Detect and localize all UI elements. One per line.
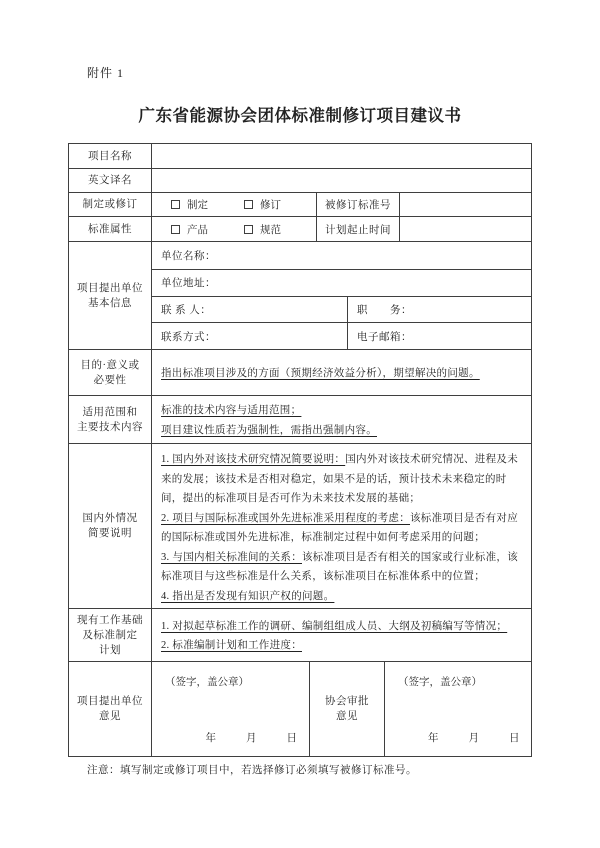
plan-time-field[interactable] [399, 217, 531, 241]
checkbox-icon [244, 225, 253, 234]
situation-item-4: 4. 指出是否发现有知识产权的问题。 [161, 587, 521, 607]
work-basis-line2: 2. 标准编制计划和工作进度： [161, 640, 302, 651]
plan-time-label: 计划起止时间 [316, 217, 399, 241]
contact-way-label: 联系方式： [152, 329, 216, 344]
contact-person-field[interactable]: 联 系 人： [152, 297, 347, 323]
purpose-hint: 指出标准项目涉及的方面（预期经济效益分析），期望解决的问题。 [161, 364, 521, 384]
date-line: 年 月 日 [165, 730, 297, 745]
unit-name-field[interactable]: 单位名称： [152, 242, 531, 269]
checkbox-icon [244, 200, 253, 209]
situation-item-1: 1. 国内外对该技术研究情况简要说明：国内外对该技术研究情况、进程及未来的发展；… [161, 450, 521, 509]
situation-item-1-head: 1. 国内外对该技术研究情况简要说明： [161, 454, 345, 465]
standard-attribute-options: 产品 规范 [151, 217, 316, 241]
year-label: 年 [428, 730, 439, 745]
checkbox-product[interactable]: 产品 [171, 222, 208, 237]
purpose-label: 目的·意义或 必要性 [69, 350, 151, 395]
attachment-label: 附件 1 [87, 64, 600, 81]
situation-item-2-head: 2. 项目与国际标准或国外先进标准采用程度的考虑： [161, 513, 410, 524]
scope-field[interactable]: 标准的技术内容与适用范围； 项目建议性质若为强制性，需指出强制内容。 [151, 396, 531, 443]
email-field[interactable]: 电子邮箱： [347, 323, 531, 349]
checkbox-develop-label: 制定 [187, 197, 208, 212]
scope-hint-line1: 标准的技术内容与适用范围； [161, 405, 301, 416]
scope-hint-line2: 项目建议性质若为强制性，需指出强制内容。 [161, 425, 377, 436]
sign-stamp-hint: （签字，盖公章） [165, 674, 297, 689]
work-basis-field[interactable]: 1. 对拟起草标准工作的调研、编制组组成人员、大纲及初稿编写等情况； 2. 标准… [151, 609, 531, 661]
footer-note: 注意：填写制定或修订项目中，若选择修订必须填写被修订标准号。 [87, 762, 600, 777]
row-develop-revise: 制定或修订 制定 修订 被修订标准号 [69, 192, 531, 216]
row-purpose: 目的·意义或 必要性 指出标准项目涉及的方面（预期经济效益分析），期望解决的问题… [69, 349, 531, 395]
situation-label: 国内外情况 简要说明 [69, 444, 151, 608]
project-name-label: 项目名称 [69, 144, 151, 168]
unit-address-field[interactable]: 单位地址： [152, 269, 531, 296]
checkbox-product-label: 产品 [187, 222, 208, 237]
contact-position-row: 联 系 人： 职 务： [152, 296, 531, 323]
situation-item-3-head: 3. 与国内相关标准间的关系： [161, 552, 302, 563]
unit-info-fields: 单位名称： 单位地址： 联 系 人： 职 务： 联系方式： [151, 242, 531, 349]
checkbox-revise[interactable]: 修订 [244, 197, 281, 212]
develop-revise-label: 制定或修订 [69, 193, 151, 216]
form-table: 项目名称 英文译名 制定或修订 制定 修订 被修订标准号 [68, 143, 532, 757]
scope-label: 适用范围和 主要技术内容 [69, 396, 151, 443]
revised-standard-no-label: 被修订标准号 [316, 193, 399, 216]
unit-info-label: 项目提出单位 基本信息 [69, 242, 151, 349]
contact-way-field[interactable]: 联系方式： [152, 323, 347, 349]
unit-name-label: 单位名称： [152, 248, 216, 263]
unit-opinion-sign-area[interactable]: （签字，盖公章） 年 月 日 [151, 662, 309, 756]
work-basis-line1: 1. 对拟起草标准工作的调研、编制组组成人员、大纲及初稿编写等情况； [161, 621, 507, 632]
row-english-name: 英文译名 [69, 168, 531, 192]
page-title: 广东省能源协会团体标准制修订项目建议书 [0, 102, 600, 126]
unit-address-label: 单位地址： [152, 275, 216, 290]
situation-field[interactable]: 1. 国内外对该技术研究情况简要说明：国内外对该技术研究情况、进程及未来的发展；… [151, 444, 531, 608]
day-label: 日 [287, 730, 298, 745]
date-line: 年 月 日 [398, 730, 520, 745]
standard-attribute-label: 标准属性 [69, 217, 151, 241]
revised-standard-no-field[interactable] [399, 193, 531, 216]
purpose-field[interactable]: 指出标准项目涉及的方面（预期经济效益分析），期望解决的问题。 [151, 350, 531, 395]
develop-revise-options: 制定 修订 [151, 193, 316, 216]
row-situation: 国内外情况 简要说明 1. 国内外对该技术研究情况简要说明：国内外对该技术研究情… [69, 443, 531, 608]
work-basis-label: 现有工作基础 及标准制定 计划 [69, 609, 151, 661]
position-field[interactable]: 职 务： [347, 297, 531, 323]
checkbox-develop[interactable]: 制定 [171, 197, 208, 212]
year-label: 年 [206, 730, 217, 745]
month-label: 月 [469, 730, 480, 745]
english-name-label: 英文译名 [69, 169, 151, 192]
association-opinion-label: 协会审批 意见 [309, 662, 384, 756]
project-name-field[interactable] [151, 144, 531, 168]
checkbox-spec[interactable]: 规范 [244, 222, 281, 237]
position-label: 职 务： [348, 302, 412, 317]
row-standard-attribute: 标准属性 产品 规范 计划起止时间 [69, 216, 531, 241]
association-opinion-sign-area[interactable]: （签字，盖公章） 年 月 日 [384, 662, 532, 756]
document-page: 附件 1 广东省能源协会团体标准制修订项目建议书 项目名称 英文译名 制定或修订… [0, 0, 600, 848]
sign-stamp-hint: （签字，盖公章） [398, 674, 520, 689]
checkbox-icon [171, 225, 180, 234]
row-unit-info: 项目提出单位 基本信息 单位名称： 单位地址： 联 系 人： 职 务： [69, 241, 531, 349]
unit-opinion-label: 项目提出单位 意见 [69, 662, 151, 756]
situation-item-2: 2. 项目与国际标准或国外先进标准采用程度的考虑：该标准项目是否有对应的国际标准… [161, 509, 521, 548]
day-label: 日 [509, 730, 520, 745]
checkbox-icon [171, 200, 180, 209]
row-work-basis: 现有工作基础 及标准制定 计划 1. 对拟起草标准工作的调研、编制组组成人员、大… [69, 608, 531, 661]
situation-item-4-head: 4. 指出是否发现有知识产权的问题。 [161, 591, 334, 602]
contactway-email-row: 联系方式： 电子邮箱： [152, 322, 531, 349]
month-label: 月 [246, 730, 257, 745]
english-name-field[interactable] [151, 169, 531, 192]
situation-item-3: 3. 与国内相关标准间的关系：该标准项目是否有相关的国家或行业标准，该标准项目与… [161, 548, 521, 587]
checkbox-spec-label: 规范 [260, 222, 281, 237]
row-project-name: 项目名称 [69, 144, 531, 168]
checkbox-revise-label: 修订 [260, 197, 281, 212]
row-scope: 适用范围和 主要技术内容 标准的技术内容与适用范围； 项目建议性质若为强制性，需… [69, 395, 531, 443]
contact-person-label: 联 系 人： [152, 302, 211, 317]
email-label: 电子邮箱： [348, 329, 412, 344]
row-opinions: 项目提出单位 意见 （签字，盖公章） 年 月 日 协会审批 意见 （签字，盖公章… [69, 661, 531, 756]
